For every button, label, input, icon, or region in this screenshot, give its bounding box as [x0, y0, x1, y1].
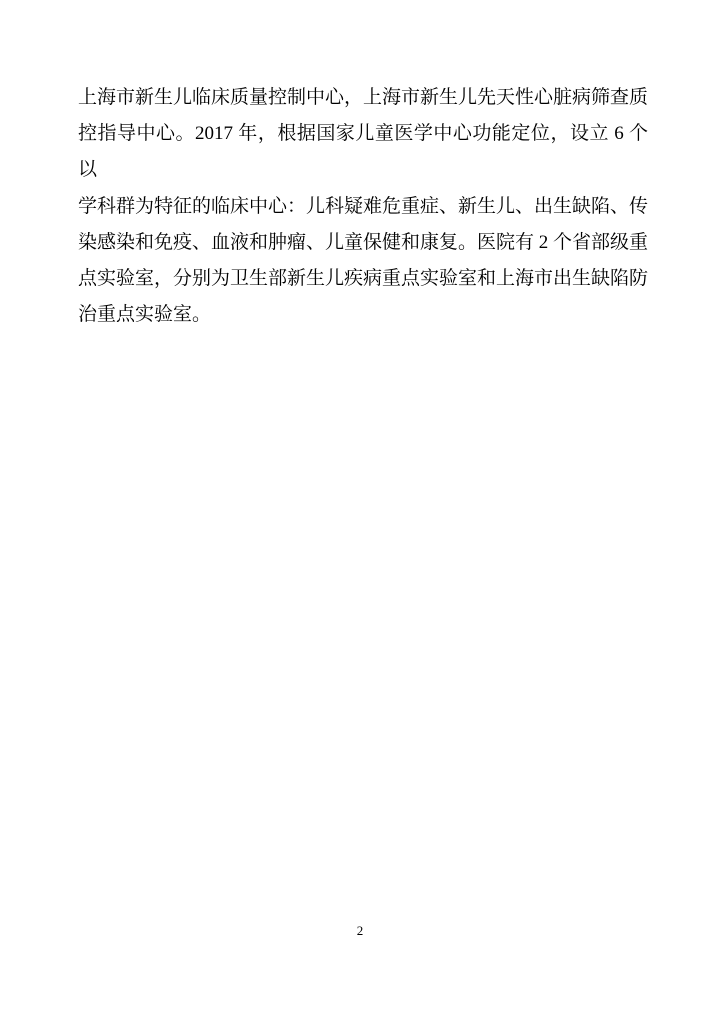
paragraph-line-6: 治重点实验室。 — [78, 297, 648, 333]
paragraph-line-4: 染感染和免疫、血液和肿瘤、儿童保健和康复。医院有 2 个省部级重 — [78, 225, 648, 261]
paragraph-line-3: 学科群为特征的临床中心：儿科疑难危重症、新生儿、出生缺陷、传 — [78, 189, 648, 225]
body-paragraph: 上海市新生儿临床质量控制中心，上海市新生儿先天性心脏病筛查质 控指导中心。201… — [78, 80, 648, 333]
page-footer: 2 — [0, 922, 720, 940]
paragraph-line-2: 控指导中心。2017 年，根据国家儿童医学中心功能定位，设立 6 个以 — [78, 116, 648, 188]
paragraph-line-1: 上海市新生儿临床质量控制中心，上海市新生儿先天性心脏病筛查质 — [78, 80, 648, 116]
paragraph-line-5: 点实验室，分别为卫生部新生儿疾病重点实验室和上海市出生缺陷防 — [78, 261, 648, 297]
document-page: 上海市新生儿临床质量控制中心，上海市新生儿先天性心脏病筛查质 控指导中心。201… — [0, 0, 720, 1018]
page-number: 2 — [357, 922, 364, 940]
